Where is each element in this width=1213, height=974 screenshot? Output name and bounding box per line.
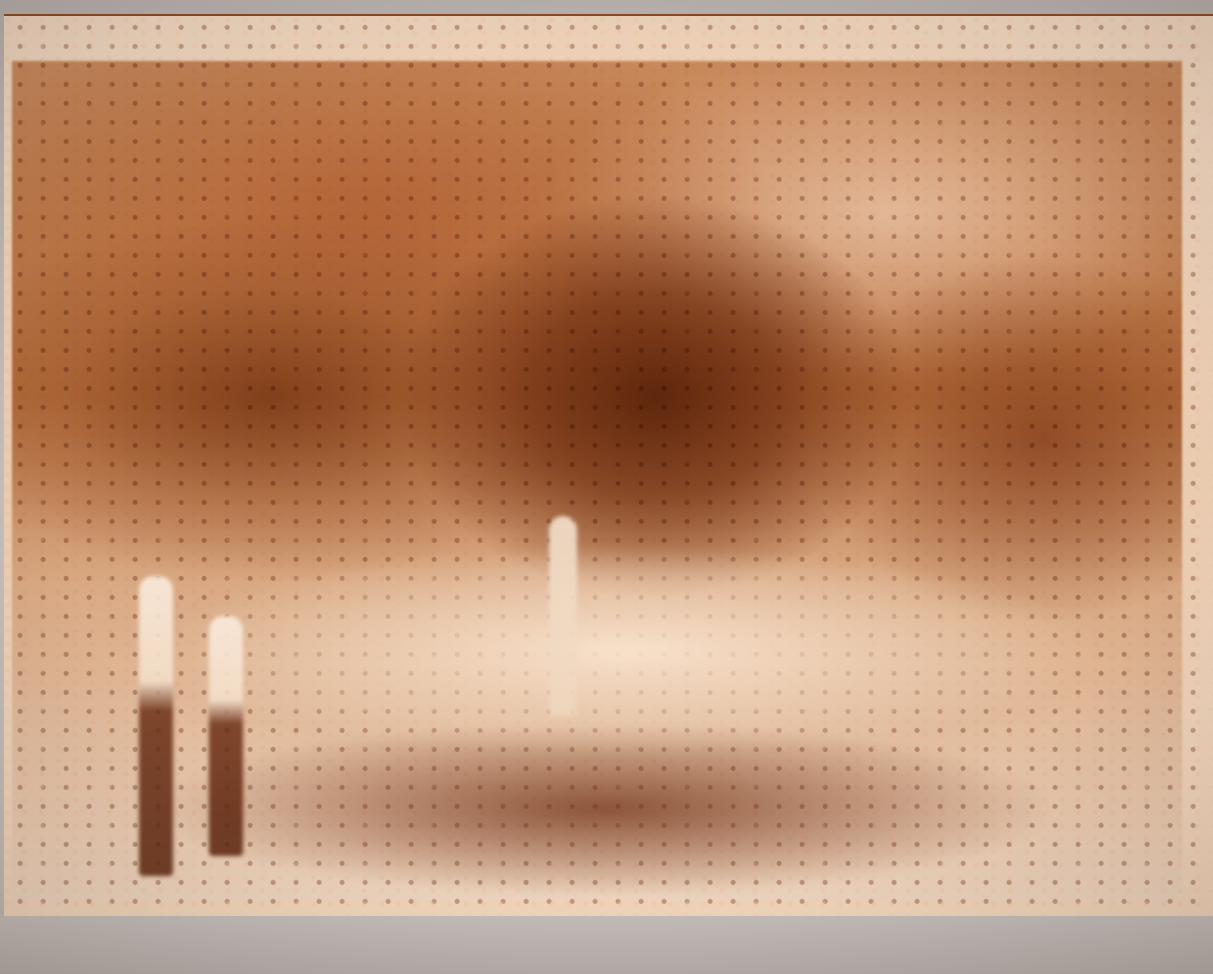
group-of-people <box>124 546 1124 896</box>
photo-print <box>4 14 1213 918</box>
standing-figure <box>139 576 173 876</box>
standing-figure <box>549 516 577 716</box>
photo-mount <box>0 916 1213 974</box>
standing-figure <box>209 616 243 856</box>
